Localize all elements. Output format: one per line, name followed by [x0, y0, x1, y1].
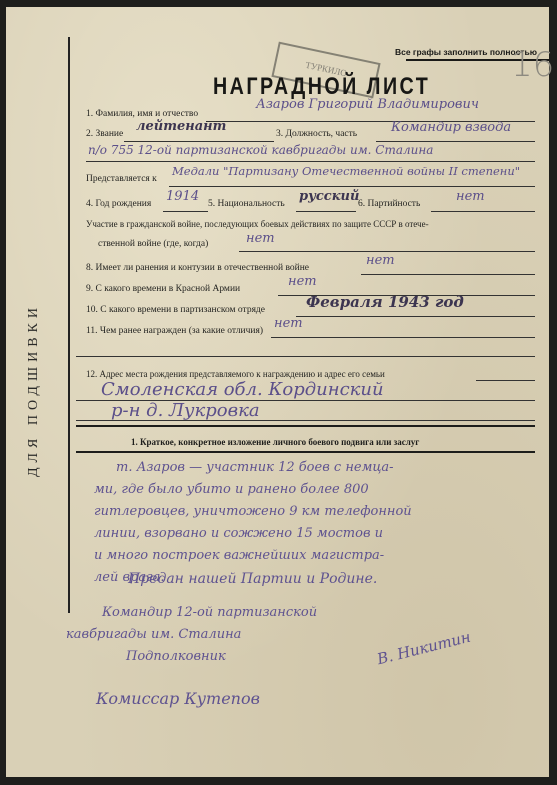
nationality-value: русский: [299, 189, 359, 204]
underline: [239, 251, 535, 252]
binding-label: ДЛЯ ПОДШИВКИ: [26, 303, 42, 477]
underline: [476, 380, 535, 381]
wounds-value: нет: [366, 253, 395, 268]
field-label: 12. Адрес места рождения представляемого…: [86, 369, 385, 379]
underline: [76, 356, 535, 357]
underline: [376, 141, 535, 142]
field-label: 2. Звание: [86, 129, 123, 139]
underline: [169, 186, 535, 187]
full-name-value: Азаров Григорий Владимирович: [256, 97, 479, 112]
underline: [163, 211, 208, 212]
binding-margin-line: [68, 363, 70, 613]
signature-title-line: Командир 12-ой партизанской: [102, 605, 317, 620]
section-divider: [76, 451, 535, 453]
narrative-line: т. Азаров — участник 12 боев с немца-: [116, 460, 394, 475]
narrative-line: и много построек важнейших магистра-: [94, 548, 384, 563]
field-wounds: 8. Имеет ли ранения и контузии в отечест…: [86, 263, 535, 273]
narrative-line: гитлеровцев, уничтожено 9 км телефонной: [94, 504, 412, 519]
field-label: 5. Национальность: [208, 199, 285, 209]
field-war-participation: Участие в гражданской войне, последующих…: [86, 219, 535, 229]
commissar-signature: Комиссар Кутепов: [96, 689, 260, 708]
war-participation-value: нет: [246, 231, 275, 246]
field-label: 8. Имеет ли ранения и контузии в отечест…: [86, 263, 309, 273]
underline: [296, 316, 535, 317]
underline: [86, 161, 535, 162]
commander-signature: В. Никитин: [375, 628, 472, 669]
award-sheet: ДЛЯ ПОДШИВКИ Все графы заполнить полност…: [6, 7, 549, 777]
underline: [431, 211, 535, 212]
field-war-participation-cont: ственной войне (где, когда): [98, 239, 535, 249]
binding-margin-line: [68, 37, 70, 367]
field-party: 6. Партийность: [358, 199, 535, 209]
field-label: 10. С какого времени в партизанском отря…: [86, 305, 265, 315]
position-value: Командир взвода: [391, 120, 511, 135]
underline: [361, 274, 535, 275]
page-number: 16: [511, 45, 554, 85]
narrative-line: ми, где было убито и ранено более 800: [94, 482, 369, 497]
field-previous-awards: 11. Чем ранее награжден (за какие отличи…: [86, 326, 535, 336]
underline: [296, 211, 356, 212]
field-label: 9. С какого времени в Красной Армии: [86, 284, 240, 294]
field-label: ственной войне (где, когда): [98, 239, 208, 249]
underline: [76, 420, 535, 421]
previous-awards-value: нет: [274, 316, 303, 331]
signature-title-line: кавбригады им. Сталина: [66, 627, 241, 642]
field-label: Представляется к: [86, 174, 157, 184]
award-value: Медали "Партизану Отечественной войны II…: [172, 164, 520, 178]
field-label: Участие в гражданской войне, последующих…: [86, 219, 429, 229]
narrative-line: линии, взорвано и сожжено 15 мостов и: [94, 526, 383, 541]
address-value-line1: Смоленская обл. Кординский: [101, 379, 384, 400]
red-army-since-value: нет: [288, 274, 317, 289]
field-label: 1. Фамилия, имя и отчество: [86, 109, 198, 119]
underline: [271, 337, 535, 338]
field-label: 6. Партийность: [358, 199, 420, 209]
field-label: 4. Год рождения: [86, 199, 151, 209]
section-title: 1. Краткое, конкретное изложение личного…: [131, 437, 419, 447]
position-unit-value: п/о 755 12-ой партизанской кавбригады им…: [88, 143, 433, 157]
party-value: нет: [456, 189, 485, 204]
underline: [124, 141, 274, 142]
birth-year-value: 1914: [166, 189, 199, 204]
section-divider: [76, 425, 535, 427]
field-address: 12. Адрес места рождения представляемого…: [86, 369, 535, 379]
rank-value: лейтенант: [136, 119, 226, 134]
closing-statement: Предан нашей Партии и Родине.: [128, 571, 377, 587]
field-label: 11. Чем ранее награжден (за какие отличи…: [86, 326, 263, 336]
partisan-since-value: Февраля 1943 год: [306, 293, 464, 311]
address-value-line2: р-н д. Лукровка: [111, 400, 260, 421]
field-label: 3. Должность, часть: [276, 129, 357, 139]
signature-title-line: Подполковник: [126, 649, 226, 664]
